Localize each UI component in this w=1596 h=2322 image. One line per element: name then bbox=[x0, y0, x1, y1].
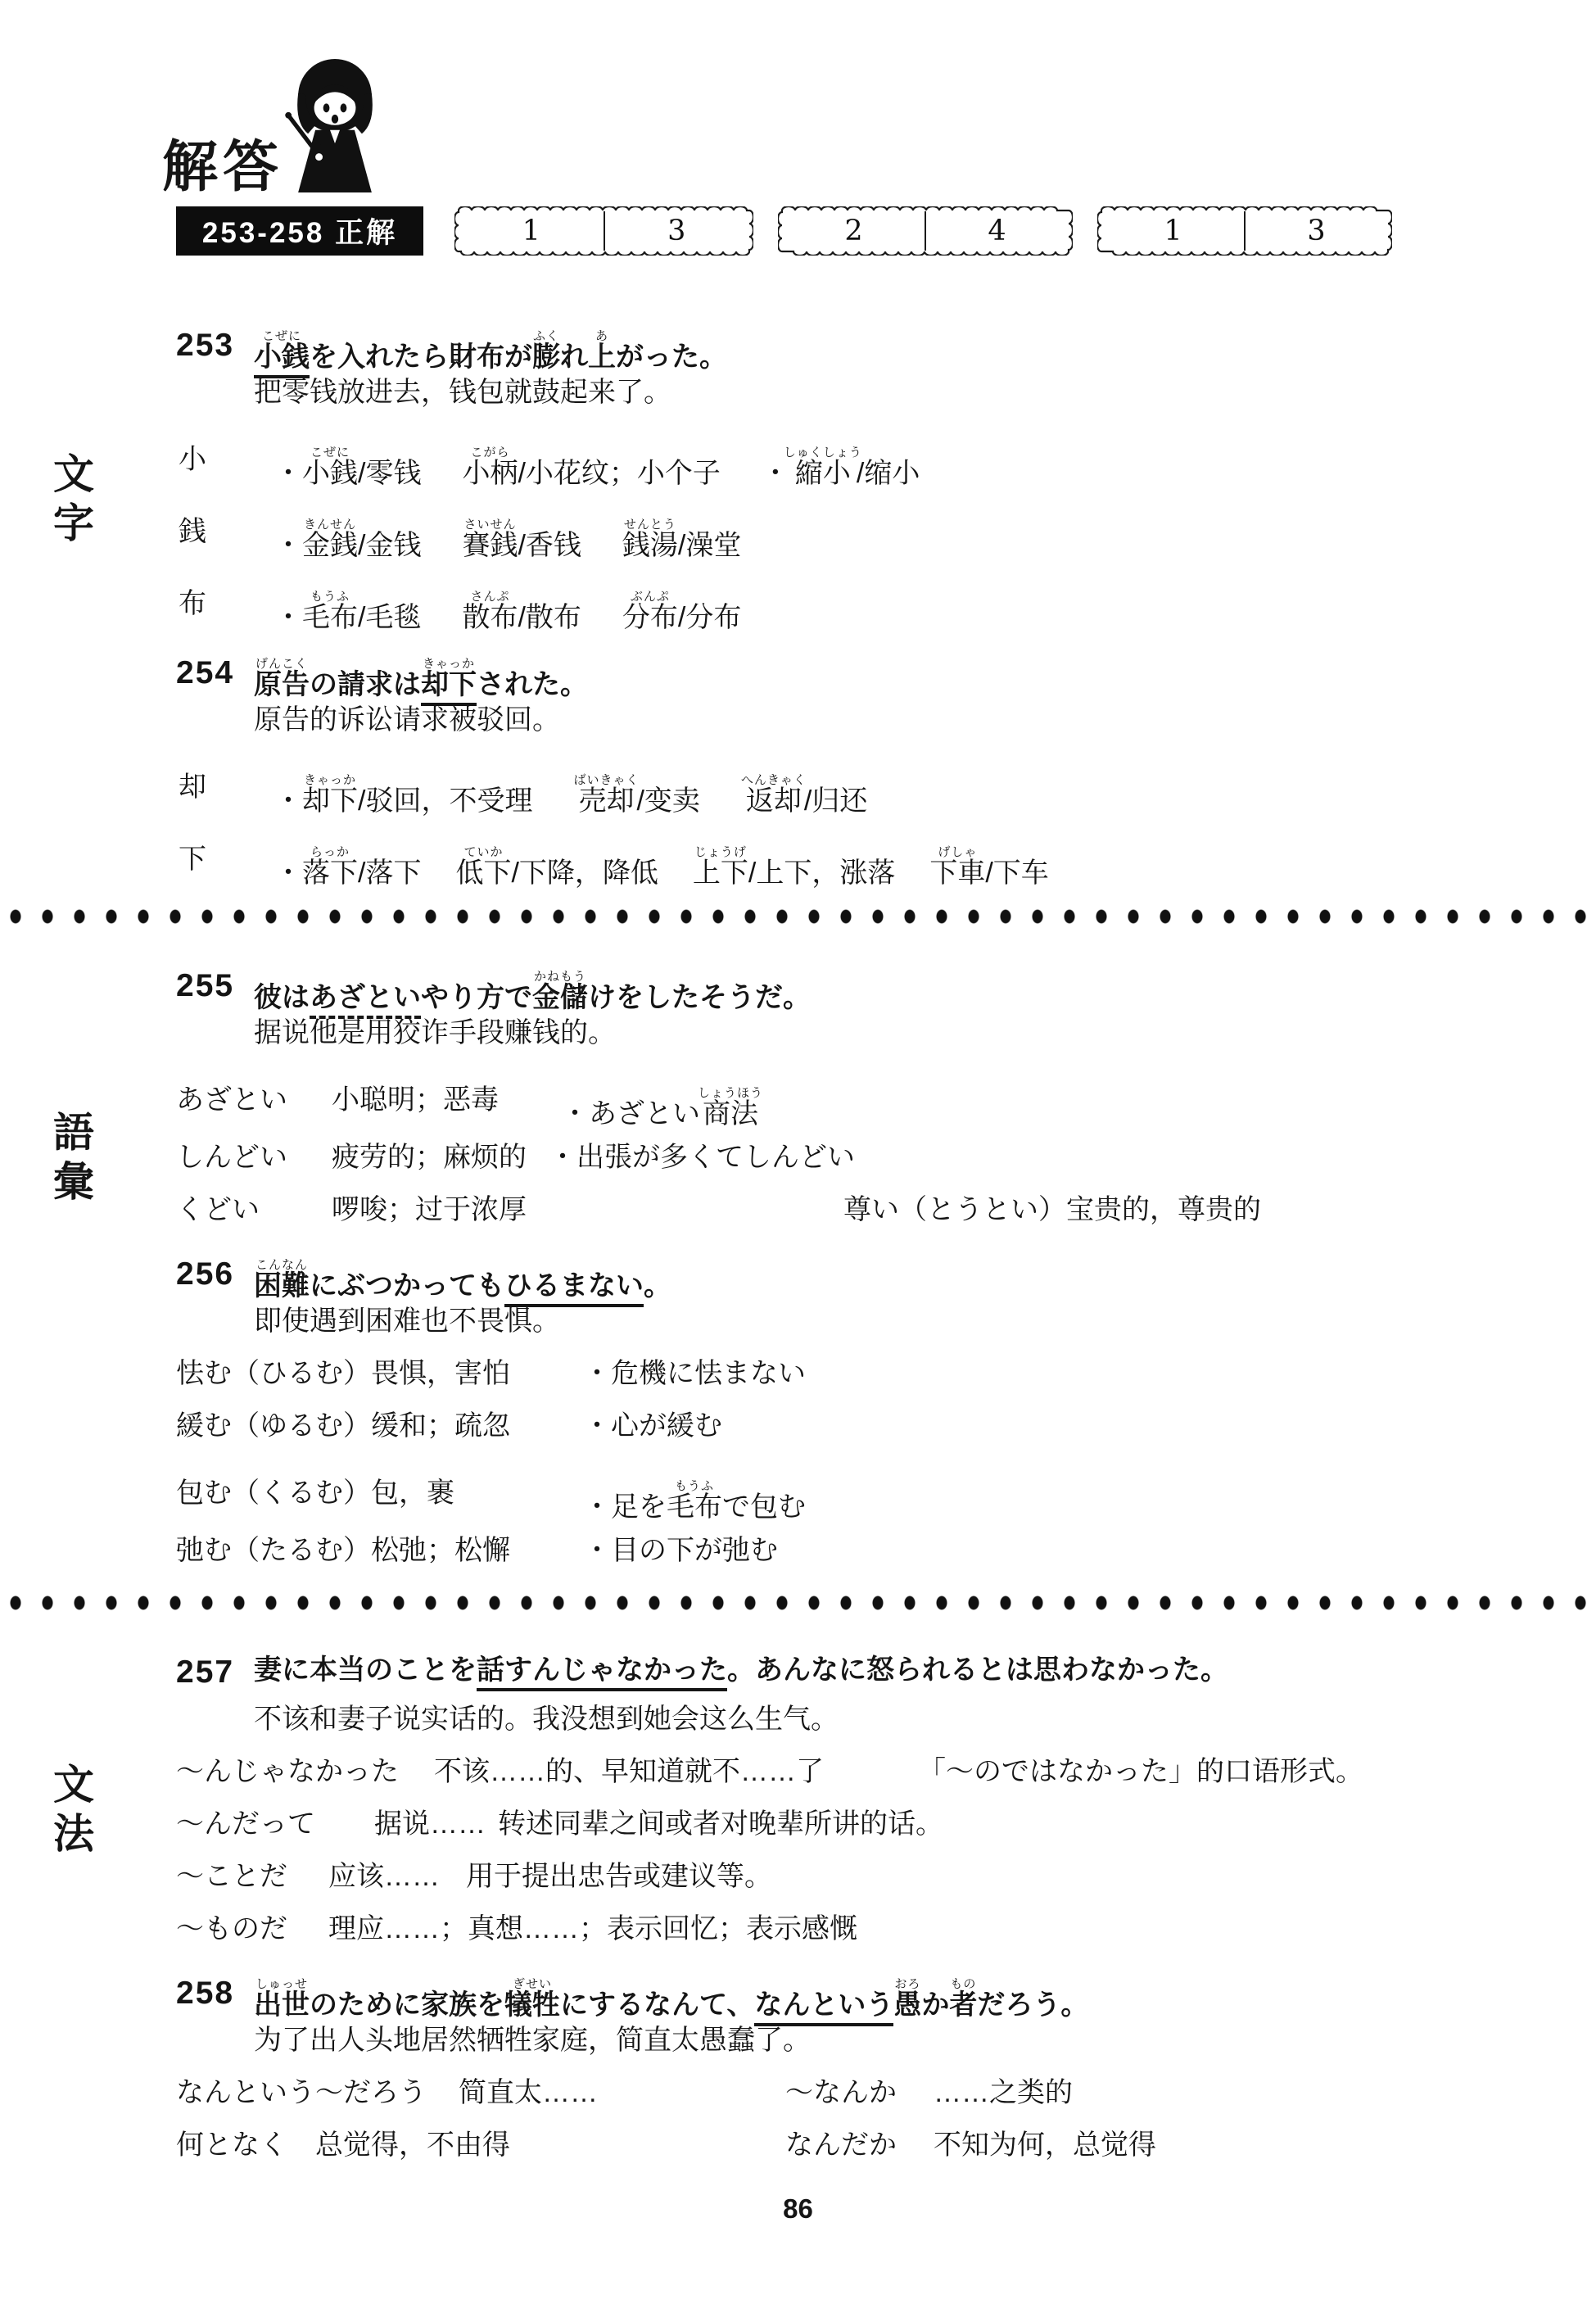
section-258: 258出世しゅっせのために家族を犠牲ぎせいにするなんて、なんという愚おろか者もの… bbox=[176, 1953, 1524, 2169]
text-segment: 小聪明；恶毒 bbox=[332, 1084, 499, 1116]
ruby-annotated-text: 返却へんきゃく bbox=[741, 785, 804, 817]
text-chunk: 253 bbox=[176, 329, 234, 361]
text-chunk: くどい bbox=[176, 1196, 260, 1224]
margin-label-vocabulary: 語彙 bbox=[41, 1111, 100, 1209]
text-chunk: 「～のではなかった」的口语形式。 bbox=[918, 1758, 1363, 1786]
entry-row-line: あざとい小聪明；恶毒・あざとい商法しょうほう bbox=[176, 1057, 1524, 1129]
text-chunk: ・小銭こぜに/零钱小柄こがら/小花纹；小个子・縮小しゅくしょう/缩小 bbox=[274, 446, 920, 487]
text-chunk: 啰唆；过于浓厚 bbox=[332, 1196, 527, 1224]
example-sentence-line: 255彼はあざといやり方で金儲かねもうけをしたそうだ。 bbox=[176, 945, 1524, 1009]
text-segment: ・出張が多くてしんどい bbox=[549, 1142, 855, 1173]
text-segment: ～なんか bbox=[785, 2077, 897, 2108]
entry-row-line: 緩む（ゆるむ）缓和；疏忽・心が緩む bbox=[176, 1397, 1524, 1450]
answer-box: 13 bbox=[454, 206, 753, 256]
text-segment: 257 bbox=[176, 1654, 234, 1690]
ruby-annotated-text: 下車げしゃ bbox=[929, 858, 985, 889]
example-sentence-line: 257妻に本当のことを話すんじゃなかった。あんなに怒られるとは思わなかった。 bbox=[176, 1632, 1524, 1695]
text-segment: 据说他是用狡诈手段赚钱的。 bbox=[254, 1017, 616, 1048]
text-segment: 怯む（ひるむ）畏惧，害怕 bbox=[176, 1358, 510, 1389]
text-segment: 包む（くるむ）包，裹 bbox=[176, 1478, 454, 1509]
text-segment: くどい bbox=[176, 1194, 260, 1225]
text-segment: ……之类的 bbox=[934, 2077, 1073, 2108]
text-segment: /下车 bbox=[985, 858, 1048, 889]
text-segment: /香钱 bbox=[518, 530, 581, 561]
text-chunk: 小銭こぜにを入れたら財布が膨ふくれ上あがった。 bbox=[254, 329, 727, 371]
text-segment: 布 bbox=[179, 588, 206, 619]
text-chunk: 包む（くるむ）包，裹 bbox=[176, 1479, 454, 1507]
margin-label-grammar: 文法 bbox=[41, 1763, 100, 1861]
teacher-girl-icon bbox=[260, 54, 409, 195]
section-255: 255彼はあざといやり方で金儲かねもうけをしたそうだ。据说他是用狡诈手段赚钱的。… bbox=[176, 945, 1524, 1233]
text-chunk: 不该和妻子说实话的。我没想到她会这么生气。 bbox=[254, 1705, 839, 1733]
answer-bar: 253-258 正解 132413 bbox=[0, 206, 1596, 257]
text-segment: 尊い（とうとい）宝贵的，尊贵的 bbox=[843, 1194, 1261, 1225]
answer-value: 3 bbox=[605, 215, 749, 247]
text-segment: 銭 bbox=[179, 516, 206, 547]
entry-row-line: くどい啰唆；过于浓厚尊い（とうとい）宝贵的，尊贵的 bbox=[176, 1181, 1524, 1233]
text-chunk: 小聪明；恶毒 bbox=[332, 1086, 499, 1114]
section-257: 257妻に本当のことを話すんじゃなかった。あんなに怒られるとは思わなかった。不该… bbox=[176, 1632, 1524, 1953]
text-chunk: 理应……；真想……；表示回忆；表示感慨 bbox=[328, 1915, 857, 1943]
text-segment: なんだか bbox=[785, 2130, 897, 2161]
ruby-annotated-text: 毛布もうふ bbox=[302, 602, 358, 633]
text-chunk: 257 bbox=[176, 1656, 234, 1688]
answer-value: 3 bbox=[1246, 215, 1387, 247]
text-segment: ・心が緩む bbox=[583, 1410, 722, 1442]
text-chunk: 应该…… bbox=[328, 1863, 440, 1890]
entry-row-line: 何となく总觉得，不由得なんだか不知为何，总觉得 bbox=[176, 2116, 1524, 2169]
chinese-translation-line: 即使遇到困难也不畏惧。 bbox=[176, 1297, 1524, 1345]
text-segment: 用于提出忠告或建议等。 bbox=[466, 1861, 772, 1892]
chinese-translation-line: 原告的诉讼请求被驳回。 bbox=[176, 696, 1524, 744]
text-segment: /上下，涨落 bbox=[748, 858, 895, 889]
text-segment: /缩小 bbox=[857, 458, 920, 489]
text-chunk: 258 bbox=[176, 1977, 234, 2009]
text-chunk: 简直太…… bbox=[459, 2079, 598, 2107]
text-chunk: 妻に本当のことを話すんじゃなかった。あんなに怒られるとは思わなかった。 bbox=[254, 1656, 1228, 1684]
ruby-annotated-text: 上下じょうげ bbox=[693, 858, 748, 889]
ruby-annotated-text: 散布さんぷ bbox=[462, 602, 518, 633]
ruby-annotated-text: 縮小しゅくしょう bbox=[789, 458, 857, 489]
text-chunk: 出世しゅっせのために家族を犠牲ぎせいにするなんて、なんという愚おろか者ものだろう… bbox=[254, 1977, 1088, 2019]
text-segment: ・ bbox=[274, 530, 302, 561]
entry-row-line: しんどい疲劳的；麻烦的・出張が多くてしんどい bbox=[176, 1129, 1524, 1181]
entry-row-line: ～ものだ理应……；真想……；表示回忆；表示感慨 bbox=[176, 1900, 1524, 1953]
text-chunk: 銭 bbox=[179, 518, 206, 545]
text-segment: /小花纹；小个子 bbox=[518, 458, 720, 489]
text-chunk: 尊い（とうとい）宝贵的，尊贵的 bbox=[843, 1196, 1261, 1224]
entry-row-line: 銭・金銭きんせん/金钱賽銭さいせん/香钱銭湯せんとう/澡堂 bbox=[176, 488, 1524, 560]
ruby-annotated-text: 却下きゃっか bbox=[302, 785, 358, 817]
text-segment: /散布 bbox=[518, 602, 581, 633]
text-segment: あざとい bbox=[176, 1084, 287, 1116]
text-segment: ・危機に怯まない bbox=[583, 1358, 806, 1389]
textbook-answer-page: 解答 253-258 正解 132413 文字 語彙 文法 253小銭こぜにを入… bbox=[0, 0, 1596, 2322]
chinese-translation-line: 把零钱放进去，钱包就鼓起来了。 bbox=[176, 369, 1524, 416]
text-segment: ～んだって bbox=[176, 1808, 315, 1840]
text-segment: ・ bbox=[274, 785, 302, 817]
section-254: 254原告げんこくの請求は却下きゃっかされた。原告的诉讼请求被驳回。却・却下きゃ… bbox=[176, 632, 1524, 888]
ruby-annotated-text: 分布ぶんぷ bbox=[622, 602, 678, 633]
text-chunk: ・心が緩む bbox=[583, 1412, 722, 1440]
text-chunk: ・目の下が弛む bbox=[583, 1537, 778, 1564]
text-chunk: 布 bbox=[179, 590, 206, 618]
ruby-annotated-text: 賽銭さいせん bbox=[462, 530, 518, 561]
text-chunk: 把零钱放进去，钱包就鼓起来了。 bbox=[254, 378, 671, 406]
text-segment: 小 bbox=[179, 444, 206, 475]
text-chunk: 弛む（たるむ）松弛；松懈 bbox=[176, 1537, 510, 1564]
text-chunk: ～ものだ bbox=[176, 1915, 287, 1943]
text-segment: 。あんなに怒られるとは思わなかった。 bbox=[727, 1654, 1228, 1686]
text-segment: ・目の下が弛む bbox=[583, 1535, 778, 1566]
text-chunk: 据说他是用狡诈手段赚钱的。 bbox=[254, 1019, 616, 1047]
text-chunk: 原告げんこくの請求は却下きゃっかされた。 bbox=[254, 657, 588, 699]
text-segment: 理应……；真想……；表示回忆；表示感慨 bbox=[328, 1913, 857, 1944]
text-chunk: ・落下らっか/落下低下ていか/下降，降低上下じょうげ/上下，涨落下車げしゃ/下车 bbox=[274, 845, 1049, 887]
text-segment: 把零钱放进去，钱包就鼓起来了。 bbox=[254, 377, 671, 408]
text-chunk: ……之类的 bbox=[934, 2079, 1073, 2107]
text-chunk: 不知为何，总觉得 bbox=[934, 2131, 1156, 2159]
text-chunk: 即使遇到困难也不畏惧。 bbox=[254, 1307, 560, 1335]
entry-row-line: なんという～だろう简直太……～なんか……之类的 bbox=[176, 2064, 1524, 2116]
text-segment: 話すんじゃなかった bbox=[477, 1654, 727, 1691]
text-segment: ～んじゃなかった bbox=[176, 1756, 399, 1787]
text-chunk: 緩む（ゆるむ）缓和；疏忽 bbox=[176, 1412, 510, 1440]
entry-row-line: 包む（くるむ）包，裹・足を毛布もうふで包む bbox=[176, 1450, 1524, 1522]
example-sentence-line: 253小銭こぜにを入れたら財布が膨ふくれ上あがった。 bbox=[176, 305, 1524, 369]
answer-value: 4 bbox=[926, 215, 1068, 247]
section-256: 256困難こんなんにぶつかってもひるまない。即使遇到困难也不畏惧。怯む（ひるむ）… bbox=[176, 1233, 1524, 1574]
chinese-translation-line: 为了出人头地居然牺牲家庭，简直太愚蠢了。 bbox=[176, 2016, 1524, 2064]
text-segment: ・ bbox=[274, 858, 302, 889]
text-chunk: 何となく bbox=[176, 2131, 287, 2159]
example-sentence-line: 256困難こんなんにぶつかってもひるまない。 bbox=[176, 1233, 1524, 1297]
text-segment: ・ bbox=[274, 602, 302, 633]
text-chunk: 254 bbox=[176, 657, 234, 689]
text-chunk: 256 bbox=[176, 1258, 234, 1290]
text-segment: ～ことだ bbox=[176, 1861, 287, 1892]
text-chunk: しんどい bbox=[176, 1143, 287, 1171]
text-segment: 却 bbox=[179, 772, 206, 803]
text-segment: 妻に本当のことを bbox=[254, 1654, 477, 1686]
ruby-annotated-text: 銭湯せんとう bbox=[622, 530, 678, 561]
ruby-annotated-text: 売却ばいきゃく bbox=[573, 785, 636, 817]
text-segment: /金钱 bbox=[358, 530, 421, 561]
text-segment: ～ものだ bbox=[176, 1913, 287, 1944]
margin-label-characters: 文字 bbox=[41, 452, 100, 550]
text-segment: /下降，降低 bbox=[511, 858, 658, 889]
text-segment: 应该…… bbox=[328, 1861, 440, 1892]
entry-row-line: 下・落下らっか/落下低下ていか/下降，降低上下じょうげ/上下，涨落下車げしゃ/下… bbox=[176, 816, 1524, 888]
entry-row-line: ～んだって据说……转述同辈之间或者对晚辈所讲的话。 bbox=[176, 1795, 1524, 1848]
text-segment: 不该和妻子说实话的。我没想到她会这么生气。 bbox=[254, 1704, 839, 1735]
text-chunk: 困難こんなんにぶつかってもひるまない。 bbox=[254, 1258, 671, 1300]
text-chunk: ～ことだ bbox=[176, 1863, 287, 1890]
text-chunk: ・足を毛布もうふで包む bbox=[583, 1479, 806, 1521]
text-chunk: なんという～だろう bbox=[176, 2079, 427, 2107]
text-segment: /零钱 bbox=[358, 458, 421, 489]
answer-box: 13 bbox=[1097, 206, 1392, 256]
text-chunk: ・却下きゃっか/驳回，不受理売却ばいきゃく/变卖返却へんきゃく/归还 bbox=[274, 773, 867, 815]
text-chunk: 转述同辈之间或者对晚辈所讲的话。 bbox=[498, 1810, 943, 1838]
ruby-annotated-text: 毛布もうふ bbox=[667, 1491, 722, 1523]
answer-value: 1 bbox=[459, 215, 604, 247]
entry-row-line: 弛む（たるむ）松弛；松懈・目の下が弛む bbox=[176, 1522, 1524, 1574]
text-segment: 緩む（ゆるむ）缓和；疏忽 bbox=[176, 1410, 510, 1442]
text-segment: ・あざとい bbox=[561, 1098, 700, 1129]
section-253: 253小銭こぜにを入れたら財布が膨ふくれ上あがった。把零钱放进去，钱包就鼓起来了… bbox=[176, 305, 1524, 632]
text-segment: /毛毯 bbox=[358, 602, 421, 633]
text-chunk: ～んじゃなかった bbox=[176, 1758, 399, 1786]
text-segment: 原告的诉讼请求被驳回。 bbox=[254, 704, 560, 736]
text-segment: /变卖 bbox=[636, 785, 699, 817]
text-segment: 据说…… bbox=[374, 1808, 486, 1840]
dotted-separator bbox=[0, 1596, 1596, 1610]
text-segment: ・足を bbox=[583, 1491, 667, 1523]
text-segment: /驳回，不受理 bbox=[358, 785, 532, 817]
text-segment: 253 bbox=[176, 328, 234, 363]
dotted-separator bbox=[0, 909, 1596, 924]
text-chunk: 彼はあざといやり方で金儲かねもうけをしたそうだ。 bbox=[254, 970, 811, 1012]
teacher-girl-illustration bbox=[260, 54, 409, 195]
text-segment: /归还 bbox=[804, 785, 867, 817]
text-chunk: ～なんか bbox=[785, 2079, 897, 2107]
answer-value: 1 bbox=[1102, 215, 1244, 247]
text-chunk: 据说…… bbox=[374, 1810, 486, 1838]
text-chunk: 255 bbox=[176, 970, 234, 1002]
text-chunk: 怯む（ひるむ）畏惧，害怕 bbox=[176, 1360, 510, 1387]
ruby-annotated-text: 金銭きんせん bbox=[302, 530, 358, 561]
text-chunk: 为了出人头地居然牺牲家庭，简直太愚蠢了。 bbox=[254, 2026, 811, 2054]
text-segment: 不该……的、早知道就不……了 bbox=[434, 1756, 824, 1787]
example-sentence-line: 258出世しゅっせのために家族を犠牲ぎせいにするなんて、なんという愚おろか者もの… bbox=[176, 1953, 1524, 2016]
chinese-translation-line: 不该和妻子说实话的。我没想到她会这么生气。 bbox=[176, 1695, 1524, 1743]
text-segment: 为了出人头地居然牺牲家庭，简直太愚蠢了。 bbox=[254, 2025, 811, 2056]
text-segment: しんどい bbox=[176, 1142, 287, 1173]
text-chunk: ・金銭きんせん/金钱賽銭さいせん/香钱銭湯せんとう/澡堂 bbox=[274, 518, 741, 559]
content-area: 253小銭こぜにを入れたら財布が膨ふくれ上あがった。把零钱放进去，钱包就鼓起来了… bbox=[176, 305, 1524, 2169]
text-segment: なんという～だろう bbox=[176, 2077, 427, 2108]
text-chunk: ・毛布もうふ/毛毯散布さんぷ/散布分布ぶんぷ/分布 bbox=[274, 590, 741, 631]
text-chunk: 小 bbox=[179, 446, 206, 473]
text-segment: 啰唆；过于浓厚 bbox=[332, 1194, 527, 1225]
text-chunk: 不该……的、早知道就不……了 bbox=[434, 1758, 824, 1786]
text-chunk: 原告的诉讼请求被驳回。 bbox=[254, 706, 560, 734]
ruby-annotated-text: 小銭こぜに bbox=[302, 458, 358, 489]
text-segment: 疲劳的；麻烦的 bbox=[332, 1142, 527, 1173]
text-segment: /分布 bbox=[678, 602, 741, 633]
ruby-annotated-text: 低下ていか bbox=[455, 858, 511, 889]
entry-row-line: 小・小銭こぜに/零钱小柄こがら/小花纹；小个子・縮小しゅくしょう/缩小 bbox=[176, 416, 1524, 488]
text-chunk: ・出張が多くてしんどい bbox=[549, 1143, 855, 1171]
entry-row-line: 怯む（ひるむ）畏惧，害怕・危機に怯まない bbox=[176, 1345, 1524, 1397]
text-segment: 下 bbox=[179, 844, 206, 875]
text-segment: 不知为何，总觉得 bbox=[934, 2130, 1156, 2161]
text-segment: /落下 bbox=[358, 858, 421, 889]
text-chunk: ～んだって bbox=[176, 1810, 315, 1838]
text-segment: /澡堂 bbox=[678, 530, 741, 561]
text-chunk: 却 bbox=[179, 773, 206, 801]
text-chunk: なんだか bbox=[785, 2131, 897, 2159]
answer-value: 2 bbox=[783, 215, 925, 247]
text-segment: ・ bbox=[274, 458, 302, 489]
text-segment: 即使遇到困难也不畏惧。 bbox=[254, 1306, 560, 1337]
ruby-annotated-text: 落下らっか bbox=[302, 858, 358, 889]
example-sentence-line: 254原告げんこくの請求は却下きゃっかされた。 bbox=[176, 632, 1524, 696]
text-chunk: ・危機に怯まない bbox=[583, 1360, 806, 1387]
ruby-annotated-text: 小柄こがら bbox=[462, 458, 518, 489]
text-segment: 「～のではなかった」的口语形式。 bbox=[918, 1756, 1363, 1787]
text-segment: で包む bbox=[722, 1491, 806, 1523]
answer-range-label: 253-258 正解 bbox=[176, 206, 423, 256]
answer-box: 24 bbox=[778, 206, 1073, 256]
text-chunk: ・あざとい商法しょうほう bbox=[561, 1086, 763, 1128]
text-chunk: 下 bbox=[179, 845, 206, 873]
text-segment: 简直太…… bbox=[459, 2077, 598, 2108]
ruby-annotated-text: 商法しょうほう bbox=[700, 1098, 763, 1129]
text-segment: 255 bbox=[176, 968, 234, 1003]
text-chunk: 疲劳的；麻烦的 bbox=[332, 1143, 527, 1171]
entry-row-line: ～んじゃなかった不该……的、早知道就不……了「～のではなかった」的口语形式。 bbox=[176, 1743, 1524, 1795]
text-segment: 256 bbox=[176, 1256, 234, 1292]
chinese-translation-line: 据说他是用狡诈手段赚钱的。 bbox=[176, 1009, 1524, 1057]
entry-row-line: 布・毛布もうふ/毛毯散布さんぷ/散布分布ぶんぷ/分布 bbox=[176, 560, 1524, 632]
text-segment: 弛む（たるむ）松弛；松懈 bbox=[176, 1535, 510, 1566]
entry-row-line: 却・却下きゃっか/驳回，不受理売却ばいきゃく/变卖返却へんきゃく/归还 bbox=[176, 744, 1524, 816]
text-segment: 254 bbox=[176, 655, 234, 690]
text-chunk: あざとい bbox=[176, 1086, 287, 1114]
text-chunk: 总觉得，不由得 bbox=[315, 2131, 510, 2159]
text-segment: 转述同辈之间或者对晚辈所讲的话。 bbox=[498, 1808, 943, 1840]
text-segment: 何となく bbox=[176, 2130, 287, 2161]
page-number: 86 bbox=[0, 2193, 1596, 2225]
entry-row-line: ～ことだ应该……用于提出忠告或建议等。 bbox=[176, 1848, 1524, 1900]
text-segment: 258 bbox=[176, 1976, 234, 2011]
text-segment: 总觉得，不由得 bbox=[315, 2130, 510, 2161]
text-chunk: 用于提出忠告或建议等。 bbox=[466, 1863, 772, 1890]
